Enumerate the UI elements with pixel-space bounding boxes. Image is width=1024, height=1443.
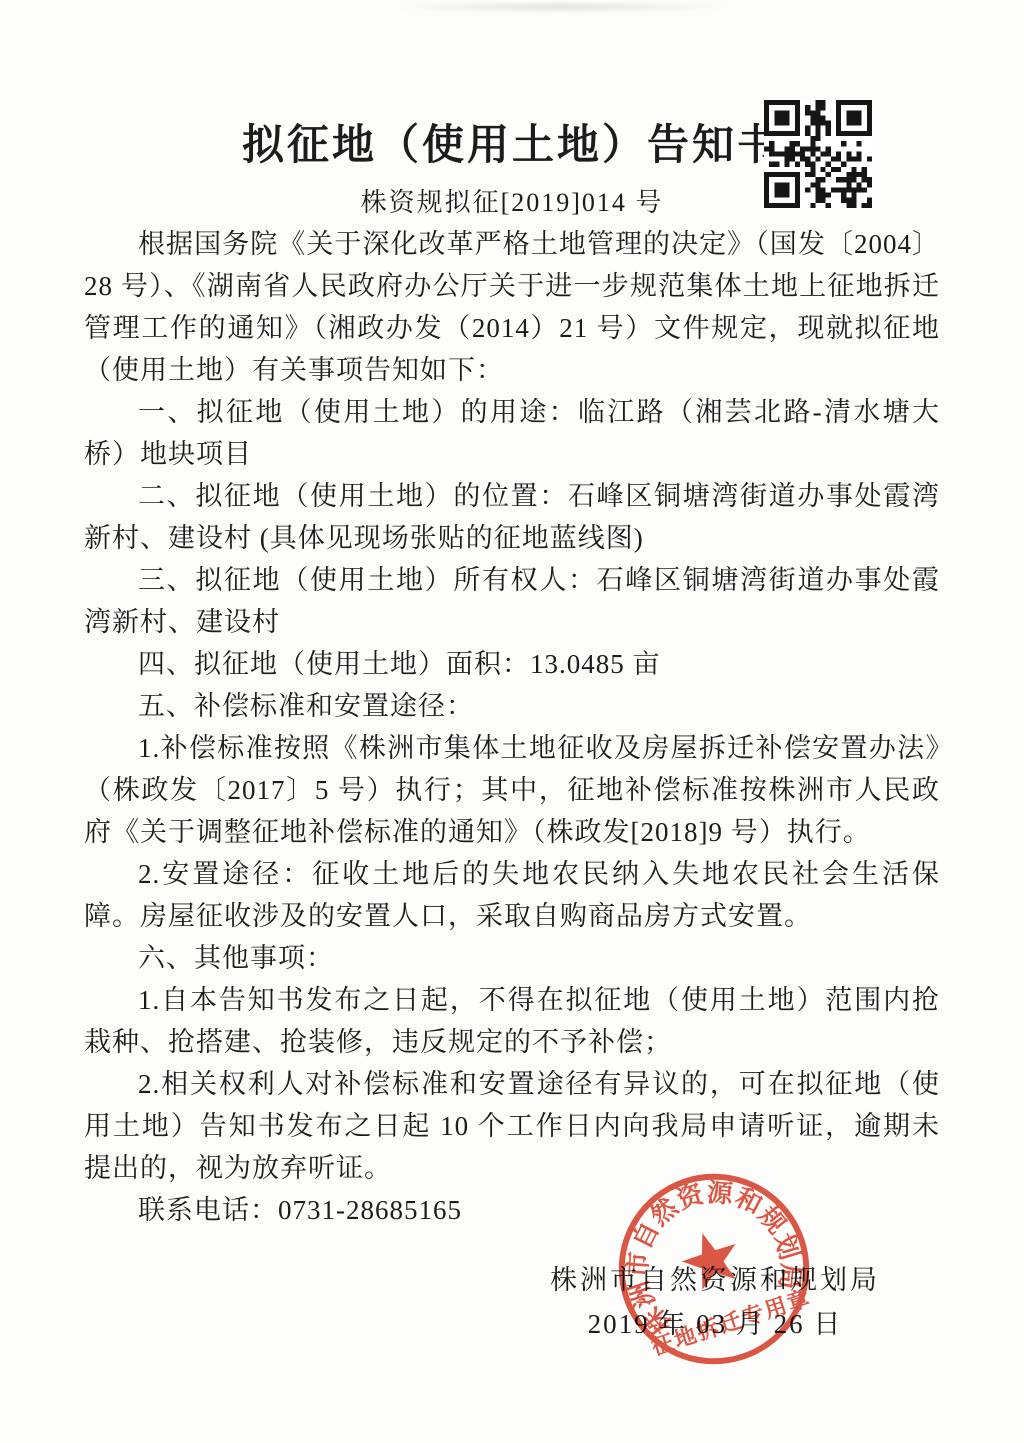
paragraph-item-6-other-heading: 六、其他事项： [84, 937, 940, 979]
paragraph-item-6-1-prohibition: 1.自本告知书发布之日起，不得在拟征地（使用土地）范围内抢栽种、抢搭建、抢装修，… [84, 979, 940, 1063]
document-body: 根据国务院《关于深化改革严格土地管理的决定》（国发〔2004〕28 号）、《湖南… [84, 223, 940, 1231]
paragraph-item-6-2-hearing: 2.相关权利人对补偿标准和安置途径有异议的，可在拟征地（使用土地）告知书发布之日… [84, 1063, 940, 1189]
paragraph-item-2-location: 二、拟征地（使用土地）的位置：石峰区铜塘湾街道办事处霞湾新村、建设村 (具体见现… [84, 475, 940, 559]
paragraph-item-1-usage: 一、拟征地（使用土地）的用途：临江路（湘芸北路-清水塘大桥）地块项目 [84, 391, 940, 475]
scan-artifact [380, 2, 740, 12]
document-number: 株资规拟征[2019]014 号 [0, 182, 1024, 219]
paragraph-item-3-owner: 三、拟征地（使用土地）所有权人：石峰区铜塘湾街道办事处霞湾新村、建设村 [84, 559, 940, 643]
signature-block: 株洲市自然资源和规划局 2019 年 03 月 26 日 [540, 1258, 890, 1346]
paragraph-item-5-compensation-heading: 五、补偿标准和安置途径： [84, 685, 940, 727]
paragraph-item-5-2-resettlement: 2.安置途径：征收土地后的失地农民纳入失地农民社会生活保障。房屋征收涉及的安置人… [84, 853, 940, 937]
paragraph-item-5-1-standard: 1.补偿标准按照《株洲市集体土地征收及房屋拆迁补偿安置办法》（株政发〔2017〕… [84, 727, 940, 853]
paragraph-legal-basis: 根据国务院《关于深化改革严格土地管理的决定》（国发〔2004〕28 号）、《湖南… [84, 223, 940, 391]
notice-document-page: 拟征地（使用土地）告知书 株资规拟征[2019]014 号 根据国务院《关于深化… [0, 0, 1024, 1443]
paragraph-item-4-area: 四、拟征地（使用土地）面积：13.0485 亩 [84, 643, 940, 685]
contact-phone: 联系电话：0731-28685165 [84, 1189, 940, 1231]
signature-agency: 株洲市自然资源和规划局 [540, 1258, 890, 1302]
signature-date: 2019 年 03 月 26 日 [540, 1302, 890, 1346]
